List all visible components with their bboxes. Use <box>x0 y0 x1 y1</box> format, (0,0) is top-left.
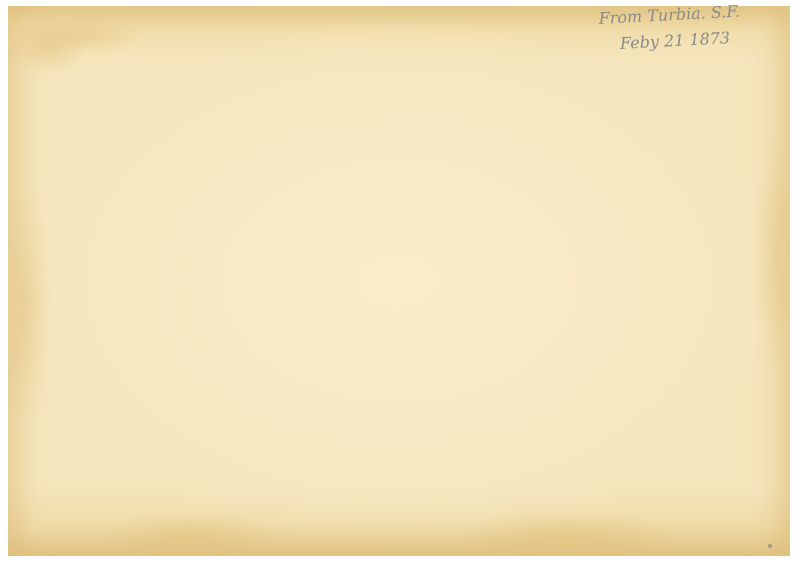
paper-speck <box>768 544 772 548</box>
handwritten-inscription: From Turbia. S.F. Feby 21 1873 <box>598 0 790 58</box>
aged-paper-sheet <box>8 6 790 556</box>
